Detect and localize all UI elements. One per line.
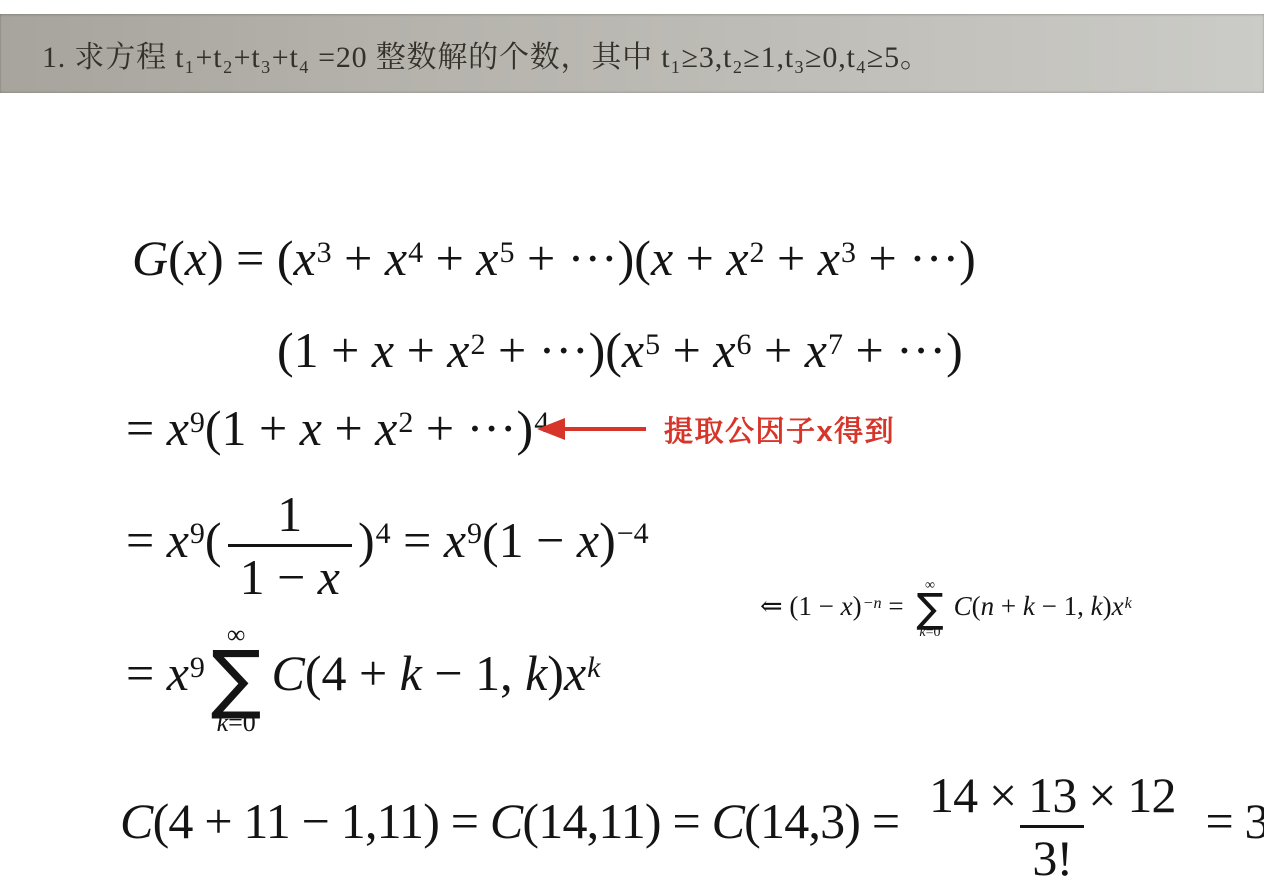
problem-text: 1. 求方程 t₁+t₂+t₃+t₄ =20 整数解的个数，其中 t₁≥3,t₂…: [0, 32, 931, 76]
equation-geometric-series-form: = x9(11 − x)4 = x9(1 − x)−4: [126, 487, 649, 604]
red-left-arrow-icon: [537, 418, 646, 440]
equation-factored-form: = x9(1 + x + x2 + ···)4: [126, 398, 549, 458]
equation-summation-form: = x9∞∑k=0C(4 + k − 1, k)xk: [126, 622, 600, 736]
equation-gx-definition-continued: (1 + x + x2 + ···)(x5 + x6 + x7 + ···): [277, 320, 963, 380]
factor-annotation-label: 提取公因子x得到: [664, 409, 895, 450]
arrow-head: [537, 418, 565, 440]
equation-binomial-series-reminder: ⇐ (1 − x)−n = ∞∑k=0C(n + k − 1, k)xk: [760, 578, 1132, 639]
arrow-line: [564, 427, 646, 431]
factor-annotation: 提取公因子x得到: [537, 408, 895, 450]
equation-gx-definition: G(x) = (x3 + x4 + x5 + ···)(x + x2 + x3 …: [132, 228, 976, 288]
problem-banner: 1. 求方程 t₁+t₂+t₃+t₄ =20 整数解的个数，其中 t₁≥3,t₂…: [0, 14, 1264, 93]
equation-final-answer: C(4 + 11 − 1,11) = C(14,11) = C(14,3) = …: [120, 768, 1264, 885]
